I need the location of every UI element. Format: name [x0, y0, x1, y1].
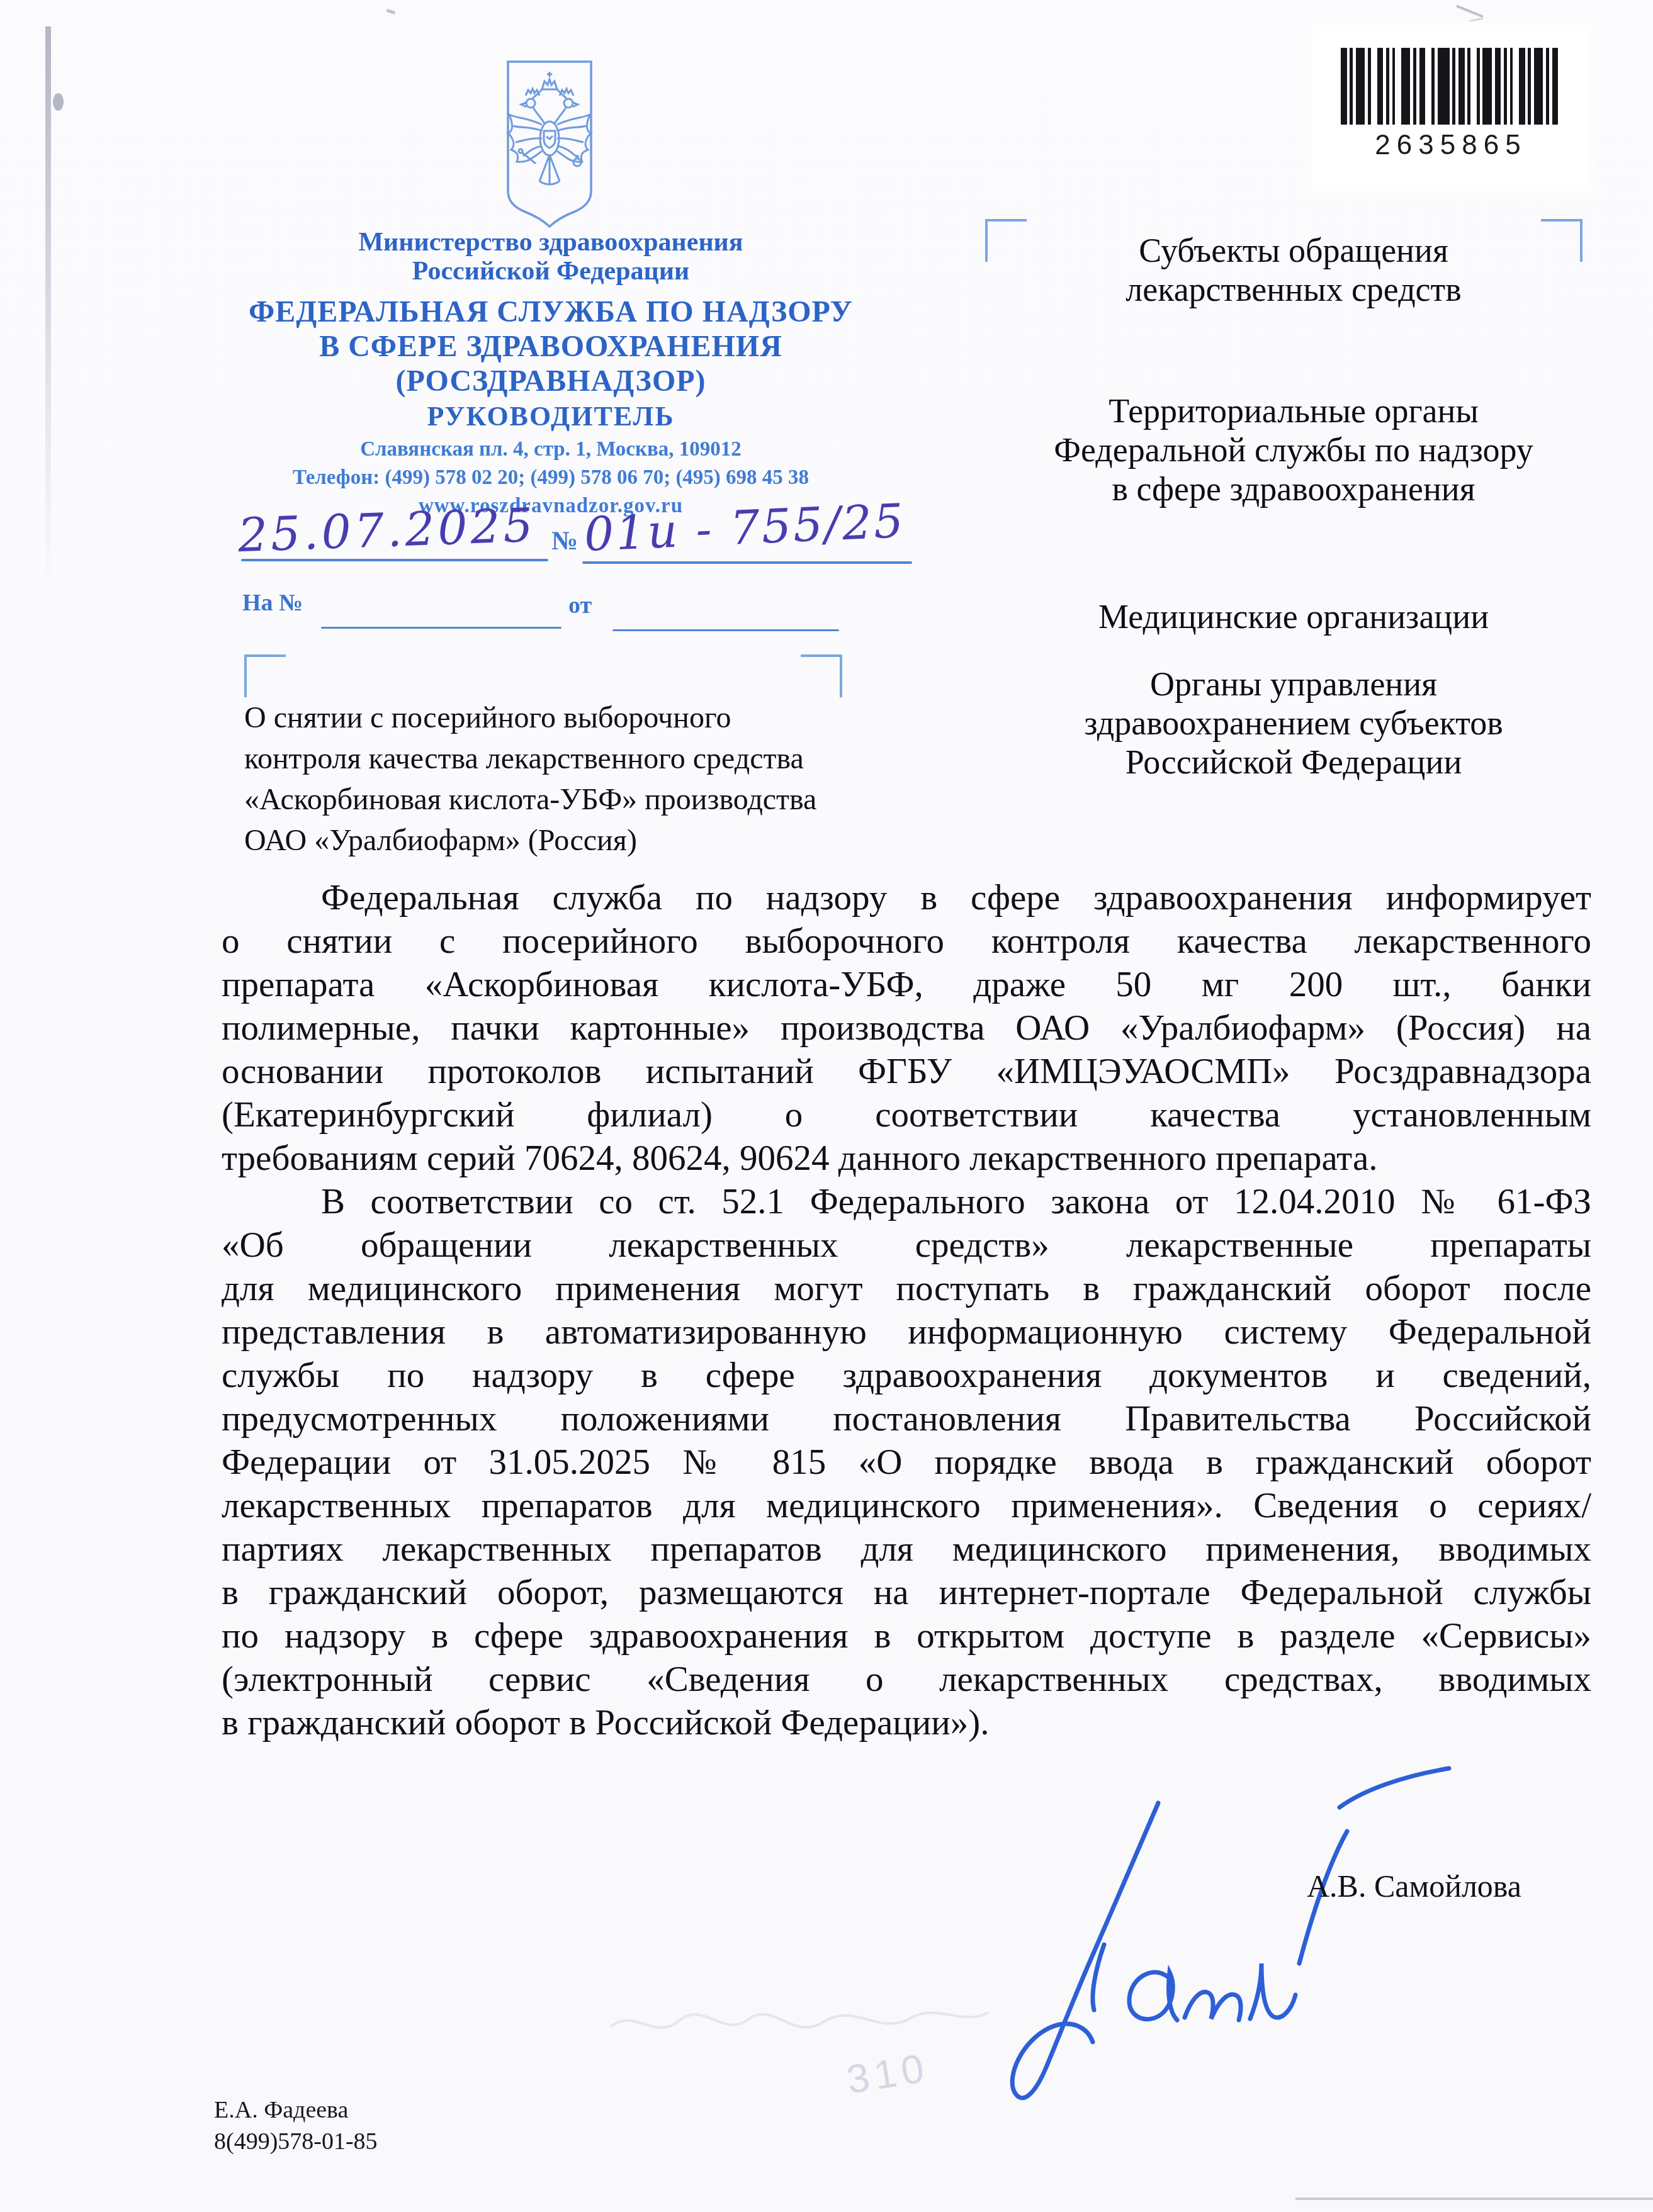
ministry-line1: Министерство здравоохранения [233, 228, 869, 257]
body-line: службы по надзору в сфере здравоохранени… [222, 1354, 1591, 1397]
body-line: лекарственных препаратов для медицинског… [222, 1484, 1591, 1527]
service-name: ФЕДЕРАЛЬНАЯ СЛУЖБА ПО НАДЗОРУ В СФЕРЕ ЗД… [233, 295, 869, 398]
recipient-line: Федеральной службы по надзору [1017, 430, 1571, 469]
body-line: В соответствии со ст. 52.1 Федерального … [222, 1180, 1591, 1223]
body-line: в гражданский оборот, размещаются на инт… [222, 1571, 1591, 1614]
body-line: «Об обращении лекарственных средств» лек… [222, 1223, 1591, 1267]
body-line: Федеральная служба по надзору в сфере зд… [222, 876, 1591, 919]
body-line: в гражданский оборот в Российской Федера… [222, 1701, 1591, 1744]
recipient-line: здравоохранением субъектов [1017, 704, 1571, 743]
body-line: представления в автоматизированную инфор… [222, 1310, 1591, 1354]
body-line: (электронный сервис «Сведения о лекарств… [222, 1658, 1591, 1701]
recipient-line: Территориальные органы [1017, 391, 1571, 430]
executor-block: Е.А. Фадеева 8(499)578-01-85 [214, 2094, 378, 2157]
letter-body: Федеральная служба по надзору в сфере зд… [222, 876, 1591, 1744]
signer-role: РУКОВОДИТЕЛЬ [233, 400, 869, 432]
russia-coat-of-arms-icon [498, 58, 601, 233]
body-line: основании протоколов испытаний ФГБУ «ИМЦ… [222, 1050, 1591, 1093]
pencil-mark-top-right [1456, 5, 1484, 18]
body-line: Федерации от 31.05.2025 № 815 «О порядке… [222, 1440, 1591, 1484]
body-line: о снятии с посерийного выборочного контр… [222, 919, 1591, 963]
recipient-group: Медицинские организации [1017, 597, 1571, 636]
recipient-line: Субъекты обращения [1017, 231, 1571, 270]
recipient-line: лекарственных средств [1017, 270, 1571, 309]
handwritten-signature-icon [969, 1756, 1486, 2111]
body-line: по надзору в сфере здравоохранения в отк… [222, 1614, 1591, 1658]
subject-line: контроля качества лекарственного средств… [244, 738, 867, 779]
body-line: (Екатеринбургский филиал) о соответствии… [222, 1093, 1591, 1137]
scan-speck [386, 9, 396, 14]
subject-bracket-left [244, 654, 286, 697]
reply-date-underline [612, 629, 839, 631]
body-line: предусмотренных положениями постановлени… [222, 1397, 1591, 1440]
executor-name: Е.А. Фадеева [214, 2094, 378, 2126]
subject-line: ОАО «Уралбиофарм» (Россия) [244, 820, 867, 861]
service-line2: В СФЕРЕ ЗДРАВООХРАНЕНИЯ [233, 329, 869, 364]
barcode-block: 2635865 [1316, 30, 1586, 188]
pencil-mark-top-right-2 [1469, 18, 1483, 22]
subject-line: «Аскорбиновая кислота-УБФ» производства [244, 779, 867, 820]
body-line: препарата «Аскорбиновая кислота-УБФ, дра… [222, 963, 1591, 1006]
scan-edge-streak [45, 26, 51, 593]
date-underline [241, 559, 548, 561]
body-line: партиях лекарственных препаратов для мед… [222, 1527, 1591, 1571]
reply-from-label: от [568, 592, 592, 619]
number-underline [582, 561, 912, 564]
service-line3: (РОСЗДРАВНАДЗОР) [233, 364, 869, 398]
recipient-line: в сфере здравоохранения [1017, 469, 1571, 508]
letterhead-address: Славянская пл. 4, стр. 1, Москва, 109012 [233, 435, 869, 464]
signer-name: А.В. Самойлова [1307, 1868, 1521, 1904]
service-line1: ФЕДЕРАЛЬНАЯ СЛУЖБА ПО НАДЗОРУ [233, 295, 869, 329]
ministry-name: Министерство здравоохранения Российской … [233, 228, 869, 286]
executor-phone: 8(499)578-01-85 [214, 2126, 378, 2157]
reply-to-label: На № [242, 589, 303, 617]
recipient-line: Российской Федерации [1017, 743, 1571, 782]
recipient-line: Органы управления [1017, 665, 1571, 704]
pencil-scribble [604, 1982, 995, 2067]
scan-bottom-streak [1295, 2198, 1653, 2200]
barcode-number: 2635865 [1316, 130, 1586, 161]
scanned-letter-page: 2635865 Министерство здравоохранения Рос… [0, 0, 1653, 2212]
scan-ink-blot [53, 93, 64, 111]
number-sign: № [551, 526, 578, 556]
recipient-group: Субъекты обращения лекарственных средств [1017, 231, 1571, 309]
body-line: требованиям серий 70624, 80624, 90624 да… [222, 1137, 1591, 1180]
reply-number-underline [321, 627, 561, 629]
recipient-group: Территориальные органы Федеральной служб… [1017, 391, 1571, 508]
subject-block: О снятии с посерийного выборочного контр… [244, 697, 867, 861]
subject-line: О снятии с посерийного выборочного [244, 697, 867, 738]
recipient-line: Медицинские организации [1017, 597, 1571, 636]
barcode-icon [1341, 48, 1562, 125]
letterhead-phone: Телефон: (499) 578 02 20; (499) 578 06 7… [233, 464, 869, 492]
subject-bracket-right [801, 654, 842, 697]
recipient-group: Органы управления здравоохранением субъе… [1017, 665, 1571, 782]
body-line: для медицинского применения могут поступ… [222, 1267, 1591, 1310]
handwritten-date: 25.07.2025 [237, 498, 537, 563]
body-line: полимерные, пачки картонные» производств… [222, 1006, 1591, 1050]
ministry-line2: Российской Федерации [233, 257, 869, 286]
